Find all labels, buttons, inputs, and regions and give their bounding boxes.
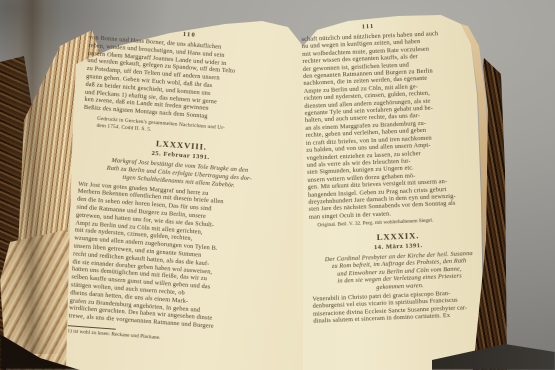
photo-of-open-book: 110 von Bonne und Hans Borner, die uns a… xyxy=(0,0,555,370)
right-summary: Der Cardinal Presbyter an der Kirche der… xyxy=(311,249,488,293)
left-page-text: 110 von Bonne und Hans Borner, die uns a… xyxy=(67,24,289,349)
right-page-text: 111 schaft nützlich und nützlichen preis… xyxy=(301,19,489,326)
left-paragraph-2: Wir Jost von gotes gnaden Marggraf und h… xyxy=(68,180,278,335)
book-gutter-shadow xyxy=(0,0,62,354)
right-paragraph: schaft nützlich und nützlichen preis hab… xyxy=(301,29,485,221)
left-paragraph-1: von Bonne und Hans Borner, die uns abkäu… xyxy=(84,34,289,126)
